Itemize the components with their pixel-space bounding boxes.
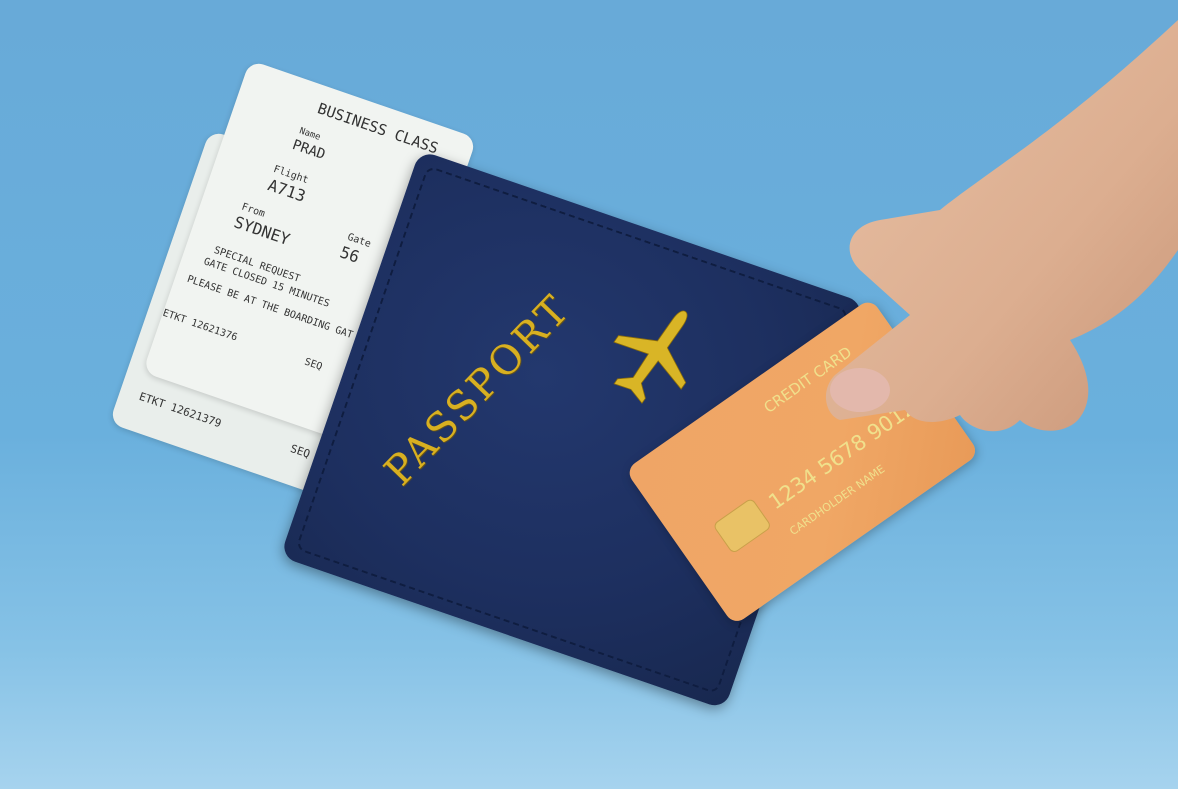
ticket-number: ETKT 12621379 [137,390,223,430]
seq-label: SEQ [289,442,312,461]
ticket-class: BUSINESS CLASS [315,99,440,157]
airplane-icon [610,300,700,410]
hand [820,20,1178,470]
chip-icon [712,497,772,554]
seq-label: SEQ [303,357,324,373]
photo-scene: ETKT 12621379 SEQ BUSINESS CLASS Name PR… [0,0,1178,789]
passenger-name: PRAD [290,137,327,163]
ticket-number: ETKT 12621376 [161,308,239,344]
